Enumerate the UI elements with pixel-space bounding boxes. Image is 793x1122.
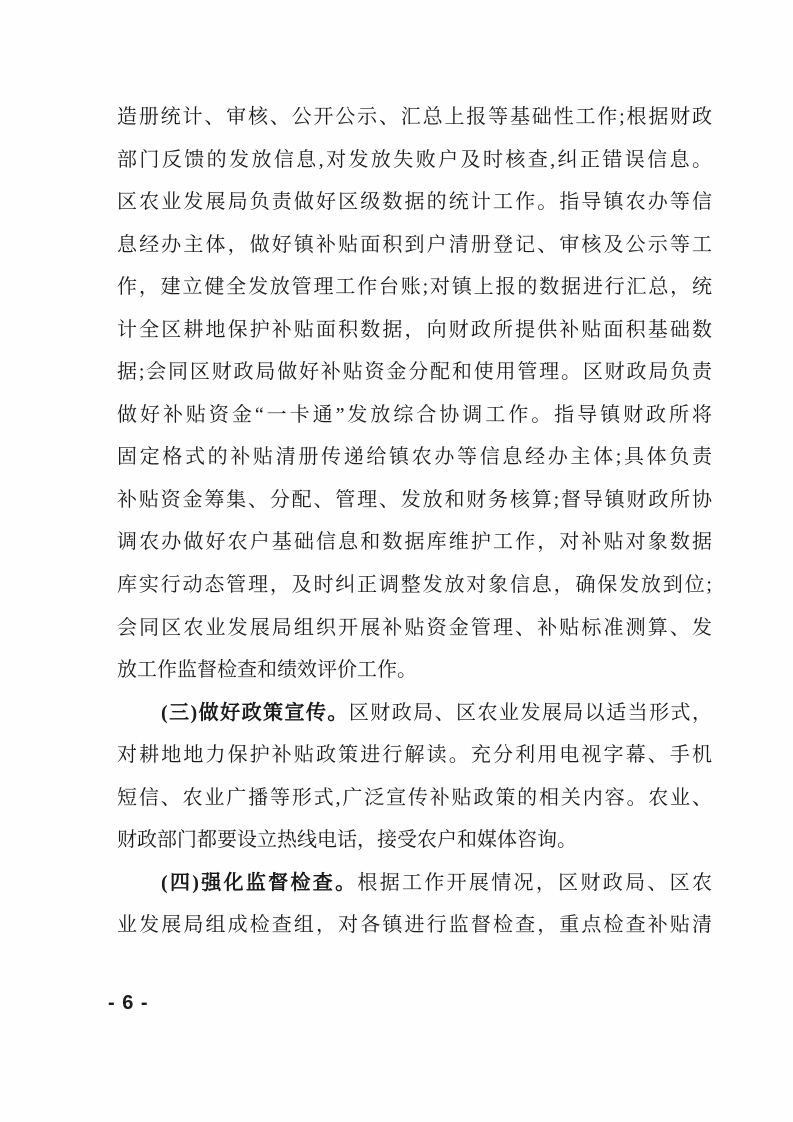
paragraph-lead-line: (四)强化监督检查。根据工作开展情况，区财政局、区农 <box>117 862 712 905</box>
text-line: 对耕地地力保护补贴政策进行解读。充分利用电视字幕、手机 <box>117 734 712 777</box>
section-heading: (四)强化监督检查。 <box>161 872 357 894</box>
text-line: 作，建立健全发放管理工作台账;对镇上报的数据进行汇总，统 <box>117 266 712 309</box>
text-line: 短信、农业广播等形式,广泛宣传补贴政策的相关内容。农业、 <box>117 777 712 820</box>
text-line: 业发展局组成检查组，对各镇进行监督检查，重点检查补贴清 <box>117 904 712 947</box>
text-line: 放工作监督检查和绩效评价工作。 <box>117 649 712 692</box>
text-line: 计全区耕地保护补贴面积数据，向财政所提供补贴面积基础数 <box>117 309 712 352</box>
text-line: 息经办主体，做好镇补贴面积到户清册登记、审核及公示等工 <box>117 224 712 267</box>
text-line: 库实行动态管理，及时纠正调整发放对象信息，确保发放到位; <box>117 564 712 607</box>
text-line: 部门反馈的发放信息,对发放失败户及时核查,纠正错误信息。 <box>117 139 712 182</box>
paragraph-lead-line: (三)做好政策宣传。区财政局、区农业发展局以适当形式， <box>117 692 712 735</box>
text-line: 补贴资金筹集、分配、管理、发放和财务核算;督导镇财政所协 <box>117 479 712 522</box>
document-page: 造册统计、审核、公开公示、汇总上报等基础性工作;根据财政部门反馈的发放信息,对发… <box>0 0 793 1122</box>
text-line: 据;会同区财政局做好补贴资金分配和使用管理。区财政局负责 <box>117 351 712 394</box>
text-line: 做好补贴资金“一卡通”发放综合协调工作。指导镇财政所将 <box>117 394 712 437</box>
document-body: 造册统计、审核、公开公示、汇总上报等基础性工作;根据财政部门反馈的发放信息,对发… <box>117 96 712 947</box>
text-line: 调农办做好农户基础信息和数据库维护工作，对补贴对象数据 <box>117 521 712 564</box>
text-line: 造册统计、审核、公开公示、汇总上报等基础性工作;根据财政 <box>117 96 712 139</box>
text-line: 区农业发展局负责做好区级数据的统计工作。指导镇农办等信 <box>117 181 712 224</box>
text-line: 固定格式的补贴清册传递给镇农办等信息经办主体;具体负责 <box>117 436 712 479</box>
page-number: - 6 - <box>108 992 149 1015</box>
text-line: 财政部门都要设立热线电话，接受农户和媒体咨询。 <box>117 819 712 862</box>
section-heading: (三)做好政策宣传。 <box>161 702 349 724</box>
text-line: 会同区农业发展局组织开展补贴资金管理、补贴标准测算、发 <box>117 607 712 650</box>
